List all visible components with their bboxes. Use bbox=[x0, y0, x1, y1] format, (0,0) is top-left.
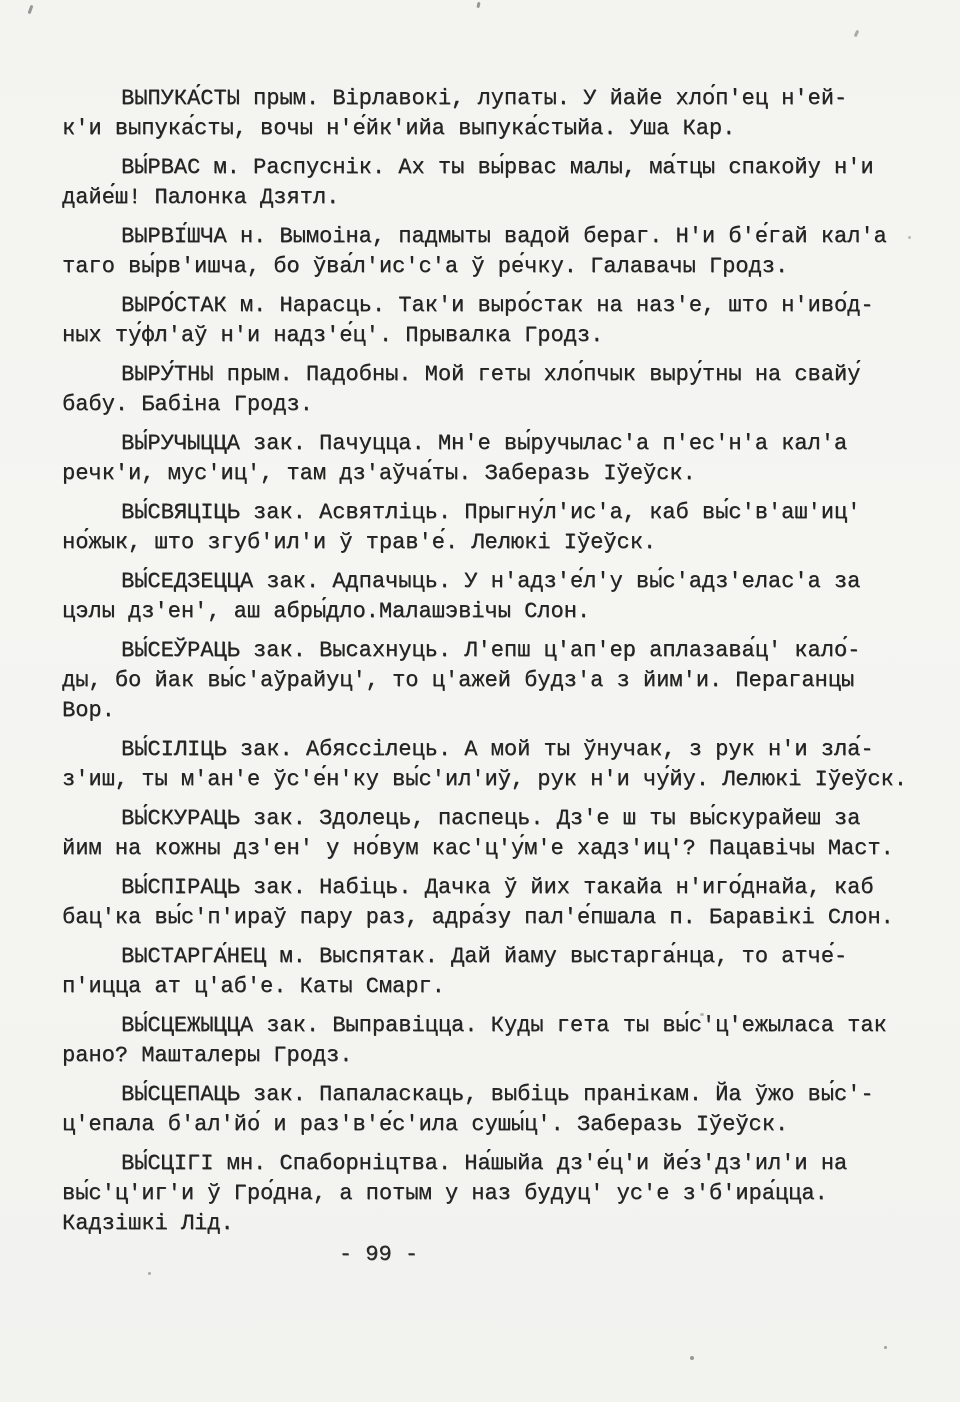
entry-line: ВЫ́СКУРАЦЬ зак. Здолець, паспець. Дз'е ш… bbox=[62, 804, 922, 834]
entry-line: ВЫ́РУЧЫЦЦА зак. Пачуцца. Мн'е вы́ручылас… bbox=[62, 429, 922, 459]
entry-line: рано? Машталеры Гродз. bbox=[62, 1041, 922, 1071]
dictionary-entry-vyrvas: ВЫ́РВАС м. Распуснік. Ах ты вы́рвас малы… bbox=[62, 153, 922, 213]
entry-line: ВЫРВІ́ШЧА н. Вымоіна, падмыты вадой бера… bbox=[62, 222, 922, 252]
entry-line: дайе́ш! Палонка Дзятл. bbox=[62, 183, 922, 213]
entry-line: ВЫРУ́ТНЫ прым. Падобны. Мой геты хло́пчы… bbox=[62, 360, 922, 390]
scan-speck bbox=[476, 2, 480, 8]
entry-line: ВЫ́СІЛІЦЬ зак. Абяссілець. А мой ты ўнуч… bbox=[62, 735, 922, 765]
dictionary-entry-vysedzecca: ВЫ́СЕДЗЕЦЦА зак. Адпачыць. У н'адз'е́л'у… bbox=[62, 567, 922, 627]
dictionary-entry-vysvyacic: ВЫ́СВЯЦІЦЬ зак. Асвятліць. Прыгну́л'ис'а… bbox=[62, 498, 922, 558]
dictionary-entry-vyscepac: ВЫ́СЦЕПАЦЬ зак. Папаласкаць, выбіць пран… bbox=[62, 1080, 922, 1140]
scan-speck bbox=[148, 1272, 151, 1275]
dictionary-entry-vyseurac: ВЫ́СЕЎРАЦЬ зак. Высахнуць. Л'епш ц'ап'ер… bbox=[62, 636, 922, 726]
dictionary-entry-vyrvishcha: ВЫРВІ́ШЧА н. Вымоіна, падмыты вадой бера… bbox=[62, 222, 922, 282]
scanned-dictionary-page: ВЫПУКА́СТЫ прым. Вірлавокі, лупаты. У йа… bbox=[0, 0, 960, 1402]
dictionary-entry-vyrutny: ВЫРУ́ТНЫ прым. Падобны. Мой геты хло́пчы… bbox=[62, 360, 922, 420]
entry-line: ВЫ́СЕДЗЕЦЦА зак. Адпачыць. У н'адз'е́л'у… bbox=[62, 567, 922, 597]
entry-line: ВЫ́СЦЕЖЫЦЦА зак. Выправіцца. Куды гета т… bbox=[62, 1011, 922, 1041]
dictionary-entry-vyscigi: ВЫ́СЦІГІ мн. Спаборніцтва. На́шыйа дз'е́… bbox=[62, 1149, 922, 1239]
entry-line: ды, бо йак вы́с'аўрайуц', то ц'ажей будз… bbox=[62, 666, 922, 696]
dictionary-text-block: ВЫПУКА́СТЫ прым. Вірлавокі, лупаты. У йа… bbox=[62, 84, 922, 1248]
entry-line: йим на кожны дз'ен' у но́вум кас'ц'у́м'е… bbox=[62, 834, 922, 864]
entry-line: ц'епала б'ал'йо́ и раз'в'е́с'ила сушы́ц'… bbox=[62, 1110, 922, 1140]
dictionary-entry-vyrostak: ВЫРО́СТАК м. Нарасць. Так'и выро́стак на… bbox=[62, 291, 922, 351]
entry-line: к'и выпука́сты, вочы н'е́йк'ийа выпука́с… bbox=[62, 114, 922, 144]
dictionary-entry-vyruchycca: ВЫ́РУЧЫЦЦА зак. Пачуцца. Мн'е вы́ручылас… bbox=[62, 429, 922, 489]
entry-line: ВЫ́СВЯЦІЦЬ зак. Асвятліць. Прыгну́л'ис'а… bbox=[62, 498, 922, 528]
scan-speck bbox=[854, 30, 860, 38]
dictionary-entry-vyspirac: ВЫ́СПІРАЦЬ зак. Набіць. Дачка ў йих така… bbox=[62, 873, 922, 933]
entry-line: ВЫ́СЕЎРАЦЬ зак. Высахнуць. Л'епш ц'ап'ер… bbox=[62, 636, 922, 666]
page-number: - 99 - bbox=[339, 1242, 418, 1267]
entry-line: таго вы́рв'ишча, бо ўва́л'ис'с'а ў ре́чк… bbox=[62, 252, 922, 282]
scan-speck bbox=[884, 1346, 887, 1349]
dictionary-entry-vypukasty: ВЫПУКА́СТЫ прым. Вірлавокі, лупаты. У йа… bbox=[62, 84, 922, 144]
entry-line: цэлы дз'ен', аш абры́дло.Малашэвічы Слон… bbox=[62, 597, 922, 627]
entry-line: речк'и, мус'иц', там дз'аўча́ты. Забераз… bbox=[62, 459, 922, 489]
scan-speck bbox=[28, 5, 34, 14]
entry-line: п'ицца ат ц'аб'е. Каты Смарг. bbox=[62, 972, 922, 1002]
entry-line: но́жык, што згуб'ил'и ў трав'е́. Лелюкі … bbox=[62, 528, 922, 558]
entry-line: бабу. Бабіна Гродз. bbox=[62, 390, 922, 420]
entry-line: вы́с'ц'иг'и ў Гро́дна, а потым у наз буд… bbox=[62, 1179, 922, 1209]
entry-line: Кадзішкі Лід. bbox=[62, 1209, 922, 1239]
page-footer: - 99 - bbox=[62, 1240, 695, 1270]
scan-speck bbox=[690, 1356, 694, 1360]
entry-line: ВЫСТАРГА́НЕЦ м. Выспятак. Дай йаму выста… bbox=[62, 942, 922, 972]
entry-line: ВЫ́СЦІГІ мн. Спаборніцтва. На́шыйа дз'е́… bbox=[62, 1149, 922, 1179]
entry-line: ных ту́фл'аў н'и надз'е́ц'. Прывалка Гро… bbox=[62, 321, 922, 351]
entry-line: ВЫ́СЦЕПАЦЬ зак. Папаласкаць, выбіць пран… bbox=[62, 1080, 922, 1110]
scan-speck bbox=[908, 236, 911, 239]
entry-line: ВЫ́СПІРАЦЬ зак. Набіць. Дачка ў йих така… bbox=[62, 873, 922, 903]
dictionary-entry-vysilic: ВЫ́СІЛІЦЬ зак. Абяссілець. А мой ты ўнуч… bbox=[62, 735, 922, 795]
entry-line: Вор. bbox=[62, 696, 922, 726]
entry-line: з'иш, ты м'ан'е ўс'е́н'ку вы́с'ил'иў, ру… bbox=[62, 765, 922, 795]
scan-speck bbox=[700, 1013, 704, 1016]
entry-line: бац'ка вы́с'п'ираў пару раз, адра́зу пал… bbox=[62, 903, 922, 933]
entry-line: ВЫРО́СТАК м. Нарасць. Так'и выро́стак на… bbox=[62, 291, 922, 321]
dictionary-entry-vyskurac: ВЫ́СКУРАЦЬ зак. Здолець, паспець. Дз'е ш… bbox=[62, 804, 922, 864]
dictionary-entry-vyscezhycca: ВЫ́СЦЕЖЫЦЦА зак. Выправіцца. Куды гета т… bbox=[62, 1011, 922, 1071]
dictionary-entry-vystarganec: ВЫСТАРГА́НЕЦ м. Выспятак. Дай йаму выста… bbox=[62, 942, 922, 1002]
entry-line: ВЫПУКА́СТЫ прым. Вірлавокі, лупаты. У йа… bbox=[62, 84, 922, 114]
entry-line: ВЫ́РВАС м. Распуснік. Ах ты вы́рвас малы… bbox=[62, 153, 922, 183]
